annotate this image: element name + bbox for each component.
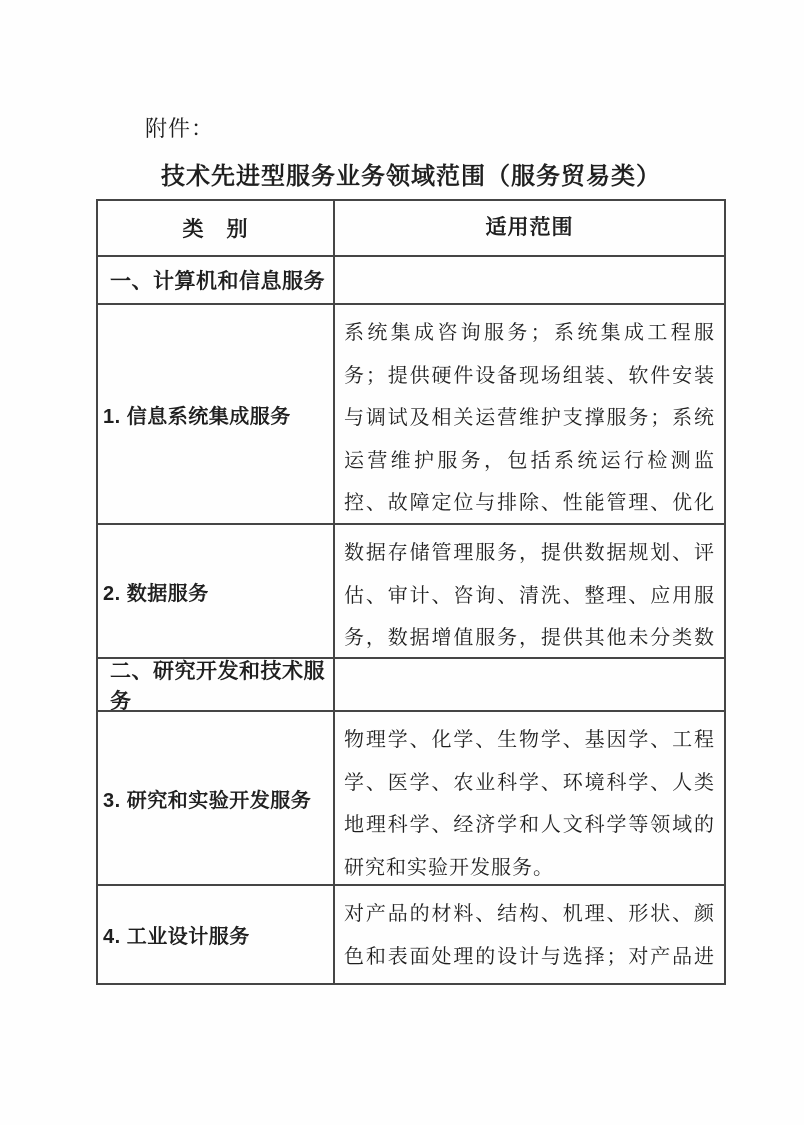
scope-cell: 物理学、化学、生物学、基因学、工程学、医学、农业科学、环境科学、人类地理科学、经… bbox=[335, 712, 724, 884]
section-title-cell: 一、计算机和信息服务 bbox=[98, 257, 335, 303]
empty-scope-cell bbox=[335, 659, 724, 710]
service-scope-table: 类 别 适用范围 一、计算机和信息服务 1. 信息系统集成服务 系统集成咨询服务… bbox=[96, 199, 726, 985]
column-header-category: 类 别 bbox=[98, 201, 335, 255]
scope-cell: 系统集成咨询服务；系统集成工程服务；提供硬件设备现场组装、软件安装与调试及相关运… bbox=[335, 305, 724, 523]
category-cell: 4. 工业设计服务 bbox=[98, 886, 335, 983]
table-row-info-system-integration: 1. 信息系统集成服务 系统集成咨询服务；系统集成工程服务；提供硬件设备现场组装… bbox=[98, 305, 724, 525]
attachment-label: 附件： bbox=[145, 112, 214, 143]
table-header-row: 类 别 适用范围 bbox=[98, 201, 724, 257]
section-title-cell: 二、研究开发和技术服务 bbox=[98, 659, 335, 710]
empty-scope-cell bbox=[335, 257, 724, 303]
scope-cell: 对产品的材料、结构、机理、形状、颜色和表面处理的设计与选择；对产品进行的综合设计 bbox=[335, 886, 724, 983]
table-row-data-service: 2. 数据服务 数据存储管理服务，提供数据规划、评估、审计、咨询、清洗、整理、应… bbox=[98, 525, 724, 659]
category-cell: 2. 数据服务 bbox=[98, 525, 335, 657]
column-header-scope: 适用范围 bbox=[335, 201, 724, 255]
category-cell: 3. 研究和实验开发服务 bbox=[98, 712, 335, 884]
table-row-industrial-design: 4. 工业设计服务 对产品的材料、结构、机理、形状、颜色和表面处理的设计与选择；… bbox=[98, 886, 724, 983]
table-row-research-experiment-development: 3. 研究和实验开发服务 物理学、化学、生物学、基因学、工程学、医学、农业科学、… bbox=[98, 712, 724, 886]
category-cell: 1. 信息系统集成服务 bbox=[98, 305, 335, 523]
scope-cell: 数据存储管理服务，提供数据规划、评估、审计、咨询、清洗、整理、应用服务，数据增值… bbox=[335, 525, 724, 657]
table-row-section-computer-info: 一、计算机和信息服务 bbox=[98, 257, 724, 305]
document-page: 附件： 技术先进型服务业务领域范围（服务贸易类） 类 别 适用范围 一、计算机和… bbox=[0, 0, 804, 1125]
document-title: 技术先进型服务业务领域范围（服务贸易类） bbox=[96, 156, 726, 191]
table-row-section-research-development: 二、研究开发和技术服务 bbox=[98, 659, 724, 712]
